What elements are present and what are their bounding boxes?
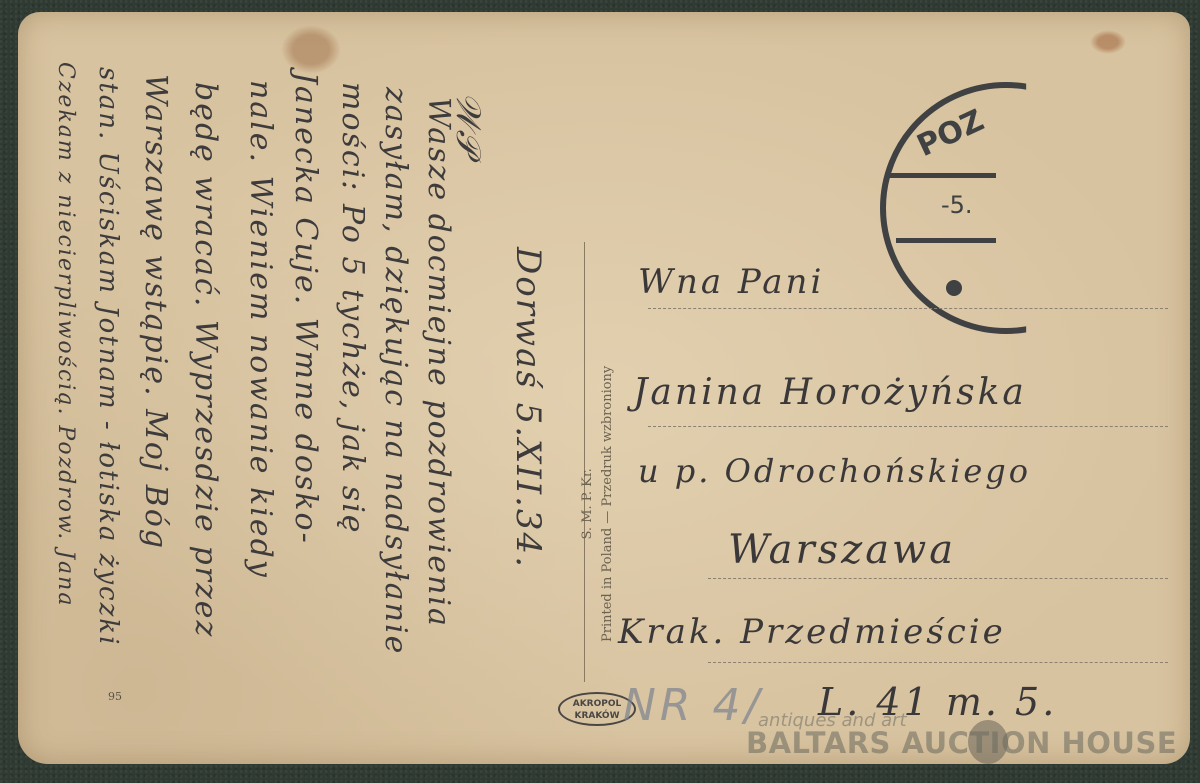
postmark-date: -5. <box>941 191 973 219</box>
address-city: Warszawa <box>728 527 956 573</box>
postmark-bar-top <box>886 173 996 178</box>
message-line: będę wracać. Wyprzesdzie przez <box>188 82 223 638</box>
address-line-guide <box>648 308 1168 309</box>
message-line: Warszawę wstąpię. Moj Bóg <box>138 74 173 550</box>
postmark-town: POZ <box>912 103 990 164</box>
address-line-guide <box>708 578 1168 579</box>
publisher-code: S. M. P. Kr. <box>578 366 598 642</box>
pencil-note: NR 4/ <box>623 680 763 731</box>
postmark-bar-bottom <box>896 238 996 243</box>
legal-line: Printed in Poland — Przedruk wzbroniony <box>598 366 618 642</box>
message-line: mości: Po 5 tychże, jak się <box>335 82 370 535</box>
date-line: Dorwaś 5.XII.34. <box>508 247 548 569</box>
message-line: nale. Wieniem nowanie kiedy <box>243 80 278 579</box>
message-line: Czekam z niecierpliwością. Pozdrow. Jana <box>53 62 78 607</box>
message-line: stan. Uściskam Jotnam - łotiska życzki <box>93 67 123 646</box>
address-salutation: Wna Pani <box>638 262 824 302</box>
card-number: 95 <box>108 690 122 703</box>
postcard: 𝒲𝒫 Wasze docmiejne pozdrowienia zasyłam,… <box>18 12 1190 764</box>
address-line-guide <box>708 662 1168 663</box>
printed-publisher-info: S. M. P. Kr. Printed in Poland — Przedru… <box>578 366 618 642</box>
address-street: Krak. Przedmieście <box>618 612 1006 652</box>
message-block: 𝒲𝒫 Wasze docmiejne pozdrowienia zasyłam,… <box>18 12 578 764</box>
postmark-stamp: POZ -5. <box>880 82 1132 334</box>
address-care-of: u p. Odrochońskiego <box>638 452 1031 490</box>
watermark-name: BALTARS AUCTION HOUSE <box>746 726 1177 760</box>
postmark-dot <box>946 280 962 296</box>
address-line-guide <box>648 426 1168 427</box>
message-line: zasyłam, dziękując na nadsyłanie <box>378 87 413 655</box>
message-line: Janecka Cuje. Wmne dosko- <box>288 72 323 545</box>
message-line: Wasze docmiejne pozdrowienia <box>421 97 456 628</box>
address-recipient: Janina Horożyńska <box>633 372 1027 413</box>
